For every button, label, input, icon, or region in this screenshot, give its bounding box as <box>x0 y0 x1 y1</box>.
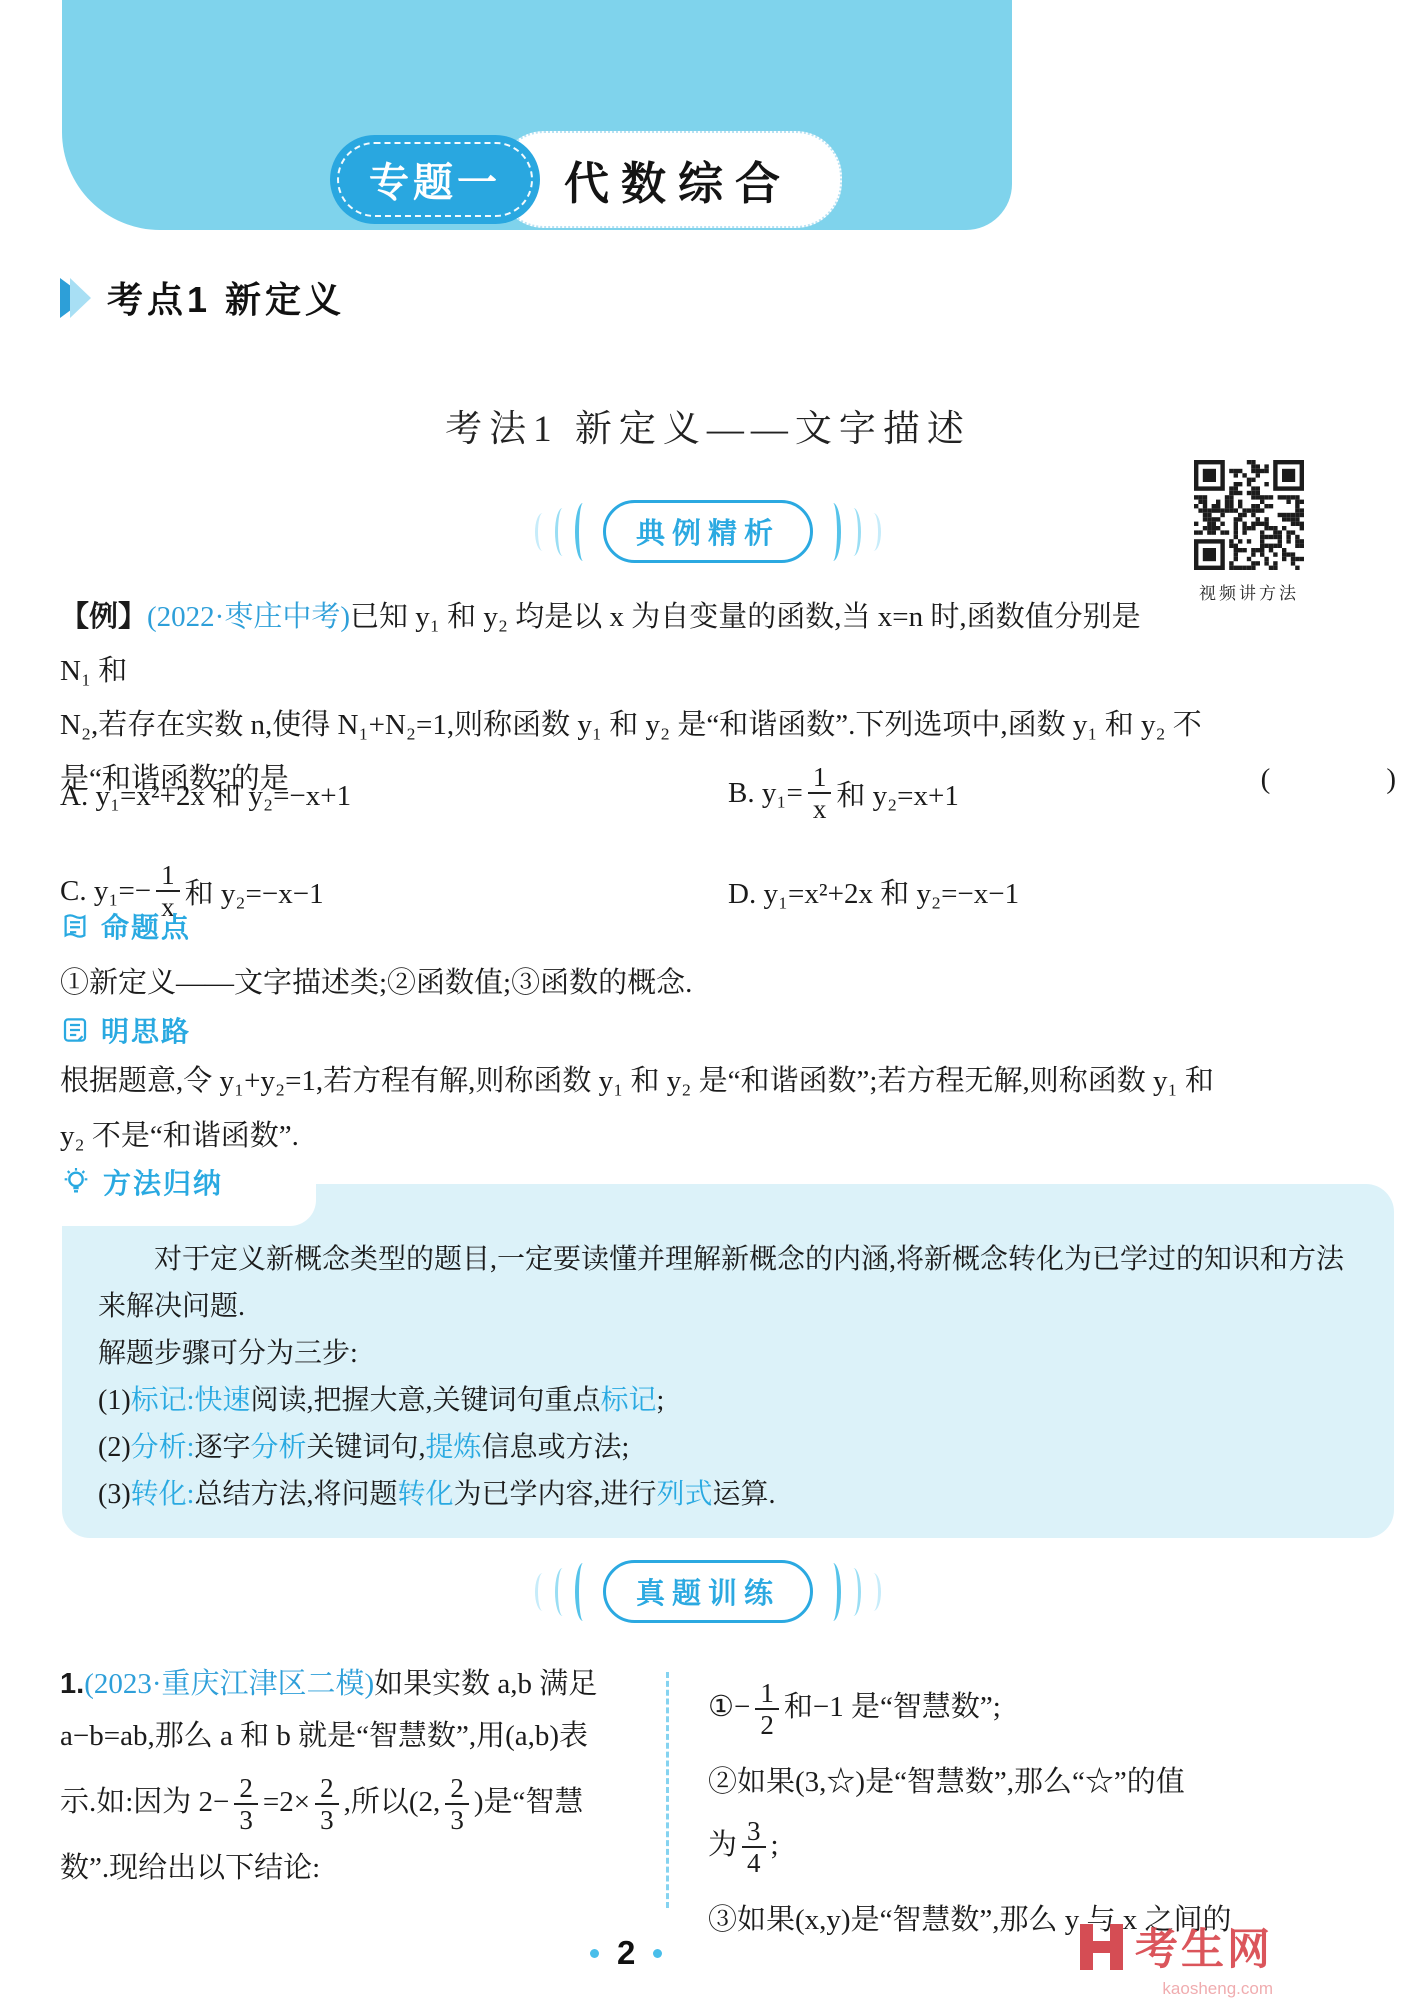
conclusion-item-3: ③如果(x,y)是“智慧数”,那么 y 与 x 之间的 <box>708 1894 1414 1946</box>
question-line-3: 示.如:因为 2−23=2×23,所以(2,23)是“智慧 <box>60 1762 652 1842</box>
document-icon <box>60 911 90 941</box>
conclusion-item-2b: 为34; <box>708 1808 1414 1882</box>
training-badge-label: 真题训练 <box>603 1560 813 1623</box>
footer-dot-icon <box>590 1949 599 1958</box>
triangle-marker-icon <box>70 278 91 318</box>
option-c-post: 和 y₂=−x−1 <box>185 871 324 912</box>
proposition-heading: 命题点 <box>60 906 191 946</box>
thinking-line-1: 根据题意,令 y₁+y₂=1,若方程有解,则称函数 y₁ 和 y₂ 是“和谐函数… <box>60 1054 1396 1109</box>
proposition-title: 命题点 <box>101 906 191 946</box>
method-heading: 方法归纳 <box>60 1162 223 1202</box>
topic-title: 代数综合 <box>498 131 842 228</box>
badge-arcs-left-icon <box>535 1563 591 1621</box>
thinking-heading: 明思路 <box>60 1010 191 1050</box>
kaofa-title: 考法1 新定义——文字描述 <box>0 398 1416 452</box>
section-heading-kaodian: 考点1 新定义 <box>60 272 345 323</box>
page-number: 2 <box>617 1934 635 1972</box>
question-line-2: a−b=ab,那么 a 和 b 就是“智慧数”,用(a,b)表 <box>60 1710 652 1762</box>
question-line-1: 1.(2023·重庆江津区二模)如果实数 a,b 满足 <box>60 1658 652 1710</box>
fraction: 23 <box>445 1773 469 1835</box>
option-b: B. y₁= 1x 和 y₂=x+1 <box>728 752 1396 834</box>
conclusion-item-1: ①−12和−1 是“智慧数”; <box>708 1670 1414 1744</box>
badge-arcs-right-icon <box>825 503 881 561</box>
proposition-content: ①新定义——文字描述类;②函数值;③函数的概念. <box>60 960 692 1001</box>
thinking-content: 根据题意,令 y₁+y₂=1,若方程有解,则称函数 y₁ 和 y₂ 是“和谐函数… <box>60 1054 1396 1164</box>
kaosheng-watermark: 考生网 kaosheng.com <box>1080 1916 1273 1999</box>
example-cite: (2022·枣庄中考) <box>147 601 350 633</box>
fraction: 23 <box>315 1773 339 1835</box>
question-1-right-column: ①−12和−1 是“智慧数”; ②如果(3,☆)是“智慧数”,那么“☆”的值 为… <box>708 1670 1414 1946</box>
topic-tab-label: 专题一 <box>337 142 533 217</box>
option-a: A. y₁=x²+2x 和 y₂=−x+1 <box>60 752 728 834</box>
method-step-1: (1)标记:快速阅读,把握大意,关键词句重点标记; <box>98 1377 1364 1424</box>
fraction: 23 <box>234 1773 258 1835</box>
example-badge: 典例精析 <box>0 500 1416 563</box>
fraction: 34 <box>742 1816 766 1878</box>
page-footer: 2 <box>590 1934 662 1972</box>
fraction: 12 <box>755 1678 779 1740</box>
method-content: 对于定义新概念类型的题目,一定要读懂并理解新概念的内涵,将新概念转化为已学过的知… <box>98 1236 1364 1518</box>
method-paragraph-2: 解题步骤可分为三步: <box>98 1330 1364 1377</box>
question-number: 1. <box>60 1668 84 1700</box>
topic-badge: 专题一 代数综合 <box>330 131 842 228</box>
option-c-pre: C. y₁=− <box>60 875 151 908</box>
notebook-icon <box>60 1015 90 1045</box>
training-badge: 真题训练 <box>0 1560 1416 1623</box>
badge-arcs-left-icon <box>535 503 591 561</box>
example-label: 【例】 <box>60 601 147 633</box>
example-line-1: 【例】(2022·枣庄中考)已知 y₁ 和 y₂ 均是以 x 为自变量的函数,当… <box>60 590 1178 698</box>
topic-tab: 专题一 <box>330 135 540 224</box>
option-grid: A. y₁=x²+2x 和 y₂=−x+1 B. y₁= 1x 和 y₂=x+1… <box>60 752 1396 932</box>
watermark-name: 考生网 <box>1135 1916 1273 1977</box>
fraction: 1x <box>808 762 832 824</box>
workbook-page: 专题一 代数综合 考点1 新定义 考法1 新定义——文字描述 视频讲方法 典例精… <box>0 0 1416 2010</box>
badge-arcs-right-icon <box>825 1563 881 1621</box>
watermark-domain: kaosheng.com <box>1080 1979 1273 1999</box>
method-step-2: (2)分析:逐字分析关键词句,提炼信息或方法; <box>98 1424 1364 1471</box>
question-text-1: 如果实数 a,b 满足 <box>374 1668 597 1700</box>
method-title: 方法归纳 <box>103 1162 223 1202</box>
question-cite: (2023·重庆江津区二模) <box>84 1668 374 1700</box>
conclusion-item-2: ②如果(3,☆)是“智慧数”,那么“☆”的值 <box>708 1756 1414 1808</box>
thinking-line-2: y₂ 不是“和谐函数”. <box>60 1109 1396 1164</box>
question-1-left-column: 1.(2023·重庆江津区二模)如果实数 a,b 满足 a−b=ab,那么 a … <box>60 1658 652 1894</box>
kaodian-title: 考点1 新定义 <box>107 272 345 323</box>
example-line-2: N₂,若存在实数 n,使得 N₁+N₂=1,则称函数 y₁ 和 y₂ 是“和谐函… <box>60 698 1396 752</box>
kaosheng-logo-icon <box>1080 1924 1126 1970</box>
question-line-4: 数”.现给出以下结论: <box>60 1842 652 1894</box>
column-divider <box>666 1672 669 1908</box>
option-b-pre: B. y₁= <box>728 777 803 810</box>
footer-dot-icon <box>653 1949 662 1958</box>
example-badge-label: 典例精析 <box>603 500 813 563</box>
method-paragraph-1: 对于定义新概念类型的题目,一定要读懂并理解新概念的内涵,将新概念转化为已学过的知… <box>98 1236 1364 1330</box>
option-b-post: 和 y₂=x+1 <box>836 773 959 814</box>
method-step-3: (3)转化:总结方法,将问题转化为已学内容,进行列式运算. <box>98 1471 1364 1518</box>
thinking-title: 明思路 <box>101 1010 191 1050</box>
lightbulb-icon <box>60 1166 92 1198</box>
option-d: D. y₁=x²+2x 和 y₂=−x−1 <box>728 850 1396 932</box>
